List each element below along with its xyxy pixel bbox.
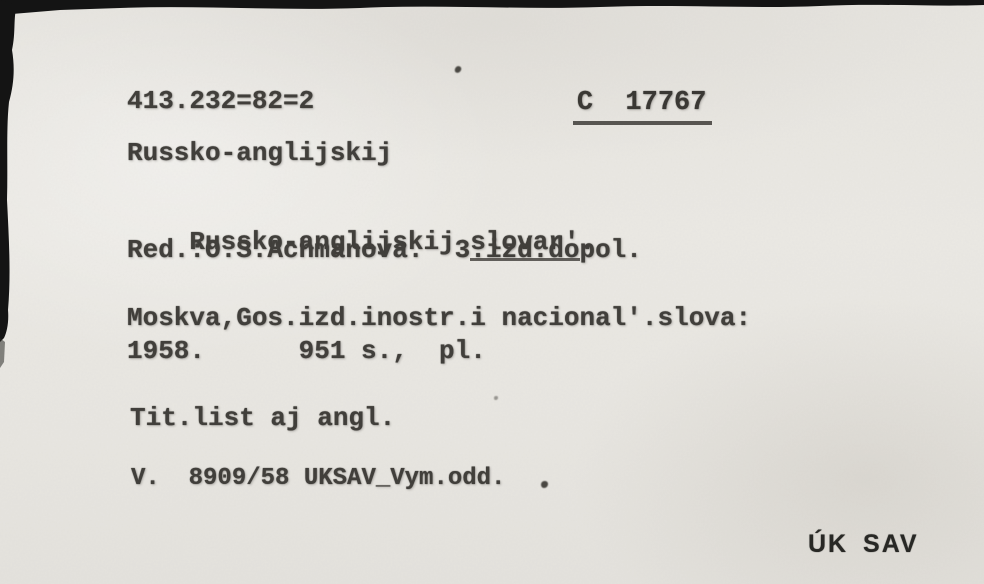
ink-speck bbox=[541, 481, 548, 488]
library-stamp: ÚK SAV bbox=[808, 530, 919, 559]
call-number-text: C 17767 bbox=[573, 88, 713, 125]
accession-number: V. 8909/58 UKSAV_Vym.odd. bbox=[131, 465, 505, 492]
ink-speck bbox=[454, 65, 462, 74]
catalog-card-scan: C 17767 413.232=82=2 Russko-anglijskij R… bbox=[0, 0, 984, 584]
call-number: C 17767 bbox=[512, 58, 706, 155]
imprint-line: Moskva,Gos.izd.inostr.i nacional'.slova: bbox=[127, 303, 751, 333]
author-heading: Russko-anglijskij bbox=[127, 138, 392, 168]
edition-statement: Red.:O.S.Achmanova. 3.izd.dopol. bbox=[127, 235, 642, 265]
note-line: Tit.list aj angl. bbox=[130, 403, 395, 433]
classification-number: 413.232=82=2 bbox=[127, 86, 314, 116]
ink-speck bbox=[494, 396, 498, 400]
collation-line: 1958. 951 s., pl. bbox=[127, 336, 486, 366]
